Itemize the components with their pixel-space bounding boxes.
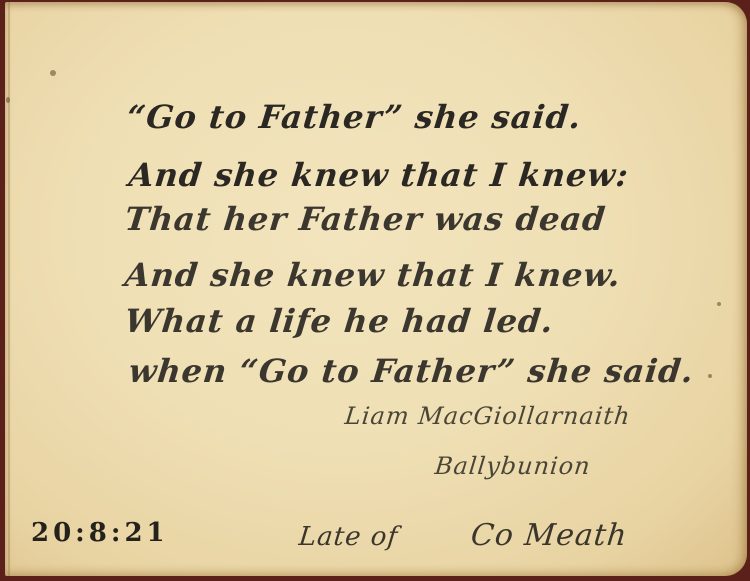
poem-line-4: And she knew that I knew. [123,256,623,294]
album-page: “Go to Father” she said. And she knew th… [5,2,747,576]
ink-dot [717,302,721,306]
ink-dot [708,374,712,378]
poem-line-1: “Go to Father” she said. [125,98,583,136]
foxing-spot [50,70,56,76]
album-photo: “Go to Father” she said. And she knew th… [0,0,750,581]
signature-place: Ballybunion [434,452,593,480]
poem-line-2: And she knew that I knew: [127,156,631,194]
county-name: Co Meath [469,518,629,553]
late-of-label: Late of [297,522,399,552]
page-binding-edge [8,2,10,576]
foxing-spot [6,97,10,103]
poem-line-6: when “Go to Father” she said. [127,352,696,390]
poem-line-3: That her Father was dead [123,200,608,238]
poem-line-5: What a life he had led. [123,302,556,340]
signature-name: Liam MacGiollarnaith [344,402,633,430]
entry-date: 20:8:21 [31,518,169,548]
